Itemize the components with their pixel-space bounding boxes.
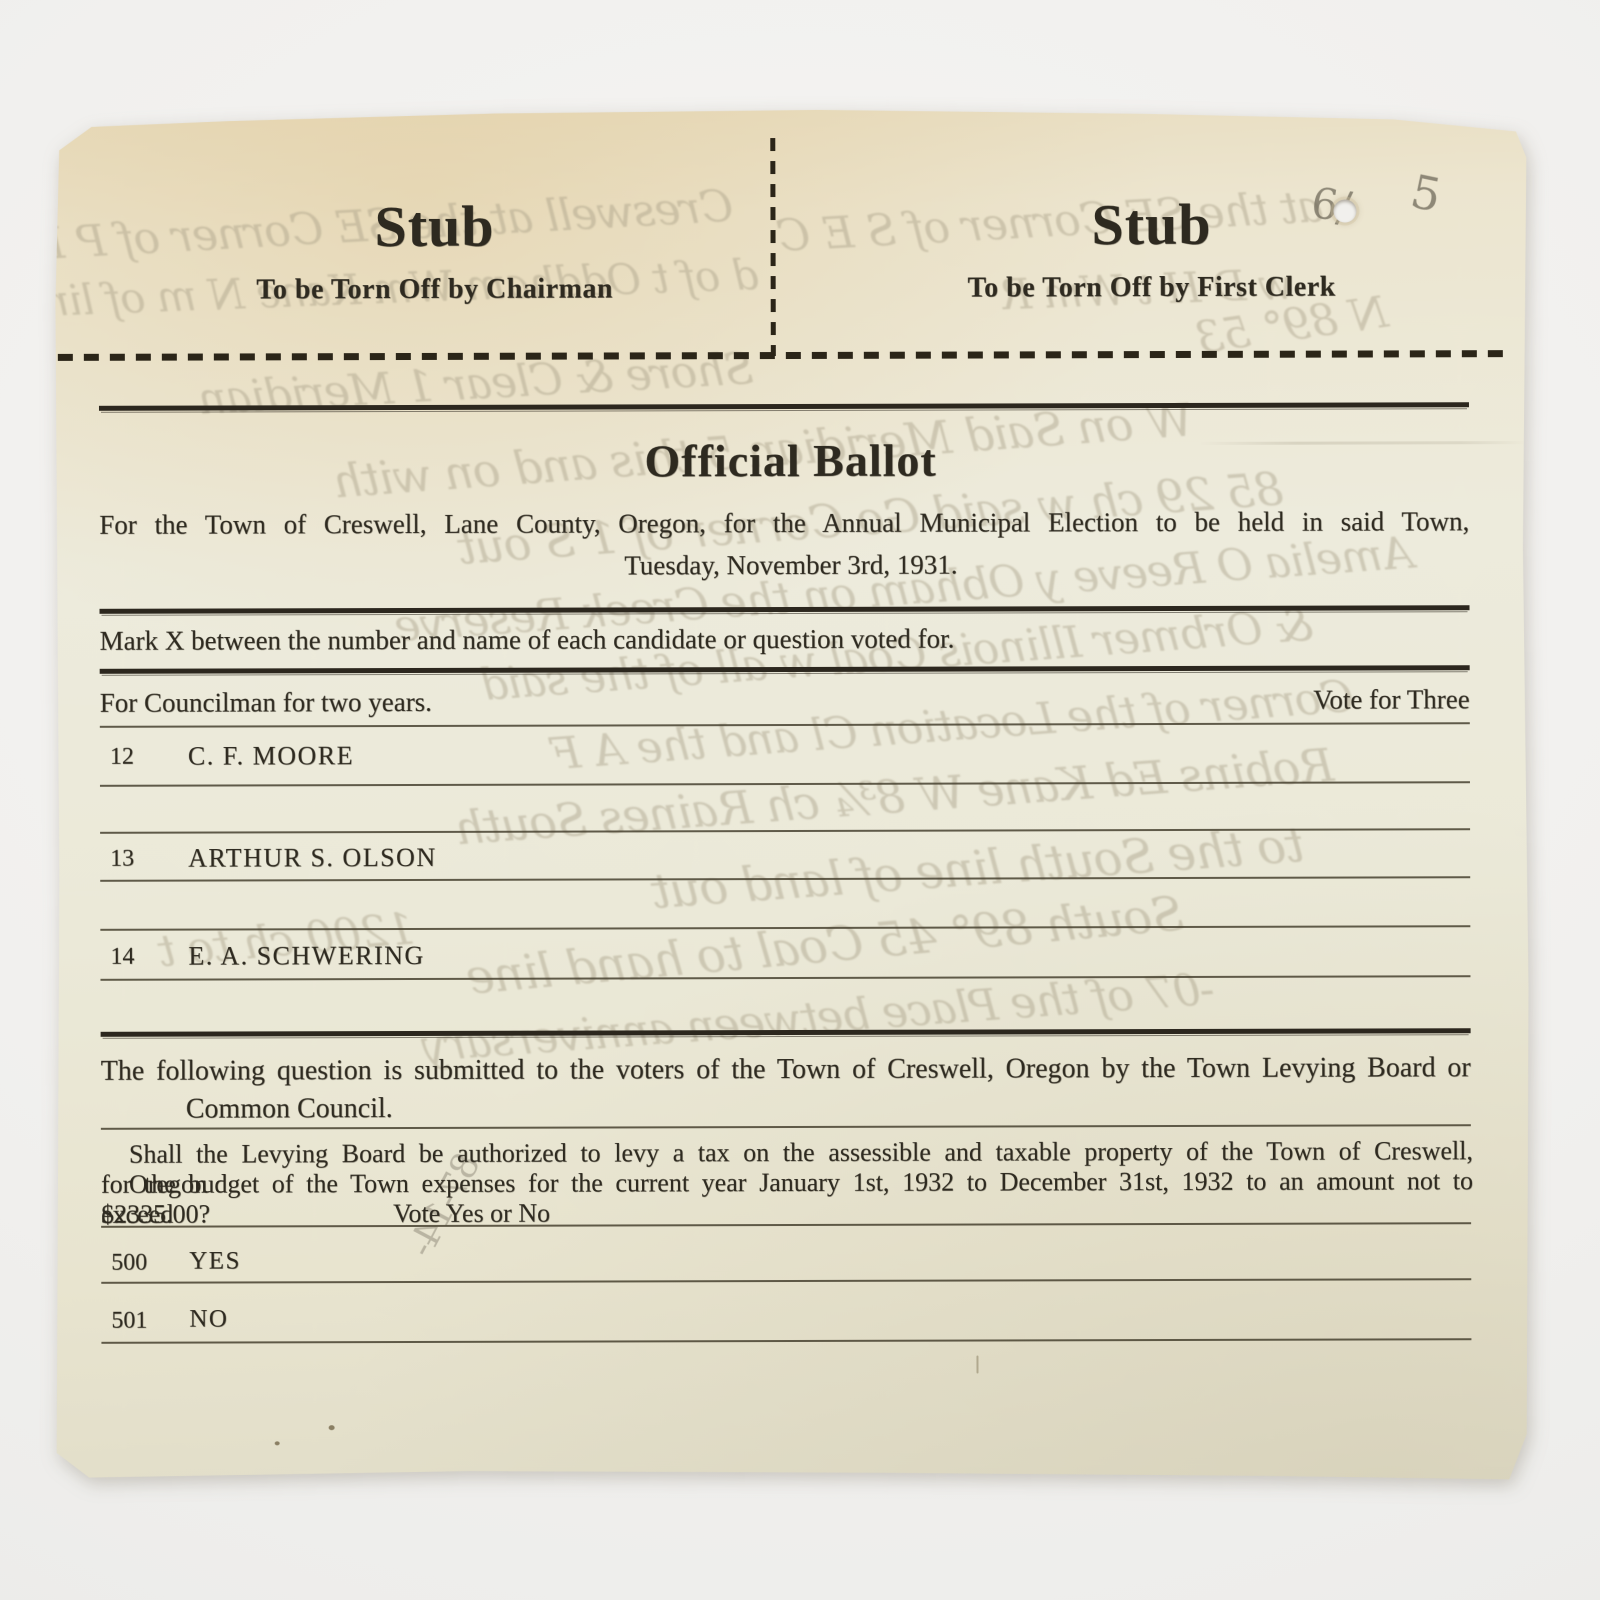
separator-thick xyxy=(99,402,1469,411)
candidate-number: 13 xyxy=(110,846,134,873)
option-number: 500 xyxy=(111,1250,147,1277)
paper-speck xyxy=(275,1441,280,1445)
separator-thick xyxy=(100,605,1470,614)
stub-right: Stub To be Torn Off by First Clerk xyxy=(815,190,1487,305)
option-number: 501 xyxy=(111,1308,147,1335)
tear-off-dashed-line xyxy=(58,350,1505,361)
contest-vote-for: Vote for Three xyxy=(1313,684,1470,715)
stub-left-title: Stub xyxy=(98,192,770,261)
candidate-row: 14 E. A. SCHWERING xyxy=(53,108,1526,112)
candidate-line xyxy=(100,781,1470,787)
question-intro-line1: The following question is submitted to t… xyxy=(101,1052,1471,1088)
ballot-instructions: Mark X between the number and name of ea… xyxy=(100,624,955,657)
ballot-paper: Creswell at the SE Corner of P P Cl 7 Od… xyxy=(53,108,1530,1486)
candidate-line xyxy=(100,975,1470,981)
candidate-line xyxy=(100,876,1470,882)
candidate-name: C. F. MOORE xyxy=(188,741,354,771)
ballot-intro-line1: For the Town of Creswell, Lane County, O… xyxy=(99,506,1469,541)
candidate-name: E. A. SCHWERING xyxy=(188,941,424,972)
ballot-title: Official Ballot xyxy=(54,432,1527,489)
contest-office: For Councilman for two years. xyxy=(100,687,432,719)
write-in-line xyxy=(100,925,1470,931)
candidate-row: 13 ARTHUR S. OLSON xyxy=(53,108,1526,112)
question-intro-line2: Common Council. xyxy=(186,1093,393,1126)
separator-thick xyxy=(100,665,1470,674)
option-label: NO xyxy=(189,1305,228,1333)
question-amount: $2335.00? xyxy=(101,1200,210,1229)
ballot-intro-line2: Tuesday, November 3rd, 1931. xyxy=(54,548,1527,583)
printed-layer: Stub To be Torn Off by Chairman Stub To … xyxy=(53,108,1530,1486)
stub-divider-dotted-line xyxy=(770,138,776,356)
punch-hole xyxy=(1333,200,1356,223)
stub-left: Stub To be Torn Off by Chairman xyxy=(98,192,770,307)
option-line xyxy=(101,1278,1471,1284)
option-label: YES xyxy=(189,1247,241,1275)
ballot-paper-wrapper: Creswell at the SE Corner of P P Cl 7 Od… xyxy=(53,108,1530,1486)
stub-right-title: Stub xyxy=(815,190,1487,259)
separator-thick xyxy=(101,1028,1471,1037)
candidate-number: 14 xyxy=(110,944,134,971)
pencil-tick xyxy=(976,1356,978,1374)
paper-speck xyxy=(329,1425,335,1430)
candidate-name: ARTHUR S. OLSON xyxy=(188,843,437,874)
option-line xyxy=(101,1338,1471,1344)
write-in-line xyxy=(100,828,1470,834)
photo-backdrop: Creswell at the SE Corner of P P Cl 7 Od… xyxy=(0,0,1600,1600)
option-row: 501 NO xyxy=(53,108,1526,112)
option-row: 500 YES xyxy=(53,108,1526,112)
candidate-number: 12 xyxy=(110,744,134,771)
candidate-row: 12 C. F. MOORE xyxy=(53,108,1526,112)
stub-left-subtitle: To be Torn Off by Chairman xyxy=(99,273,771,307)
candidate-line xyxy=(100,722,1470,728)
contest-header: For Councilman for two years. Vote for T… xyxy=(100,684,1470,719)
stub-right-subtitle: To be Torn Off by First Clerk xyxy=(816,271,1488,305)
